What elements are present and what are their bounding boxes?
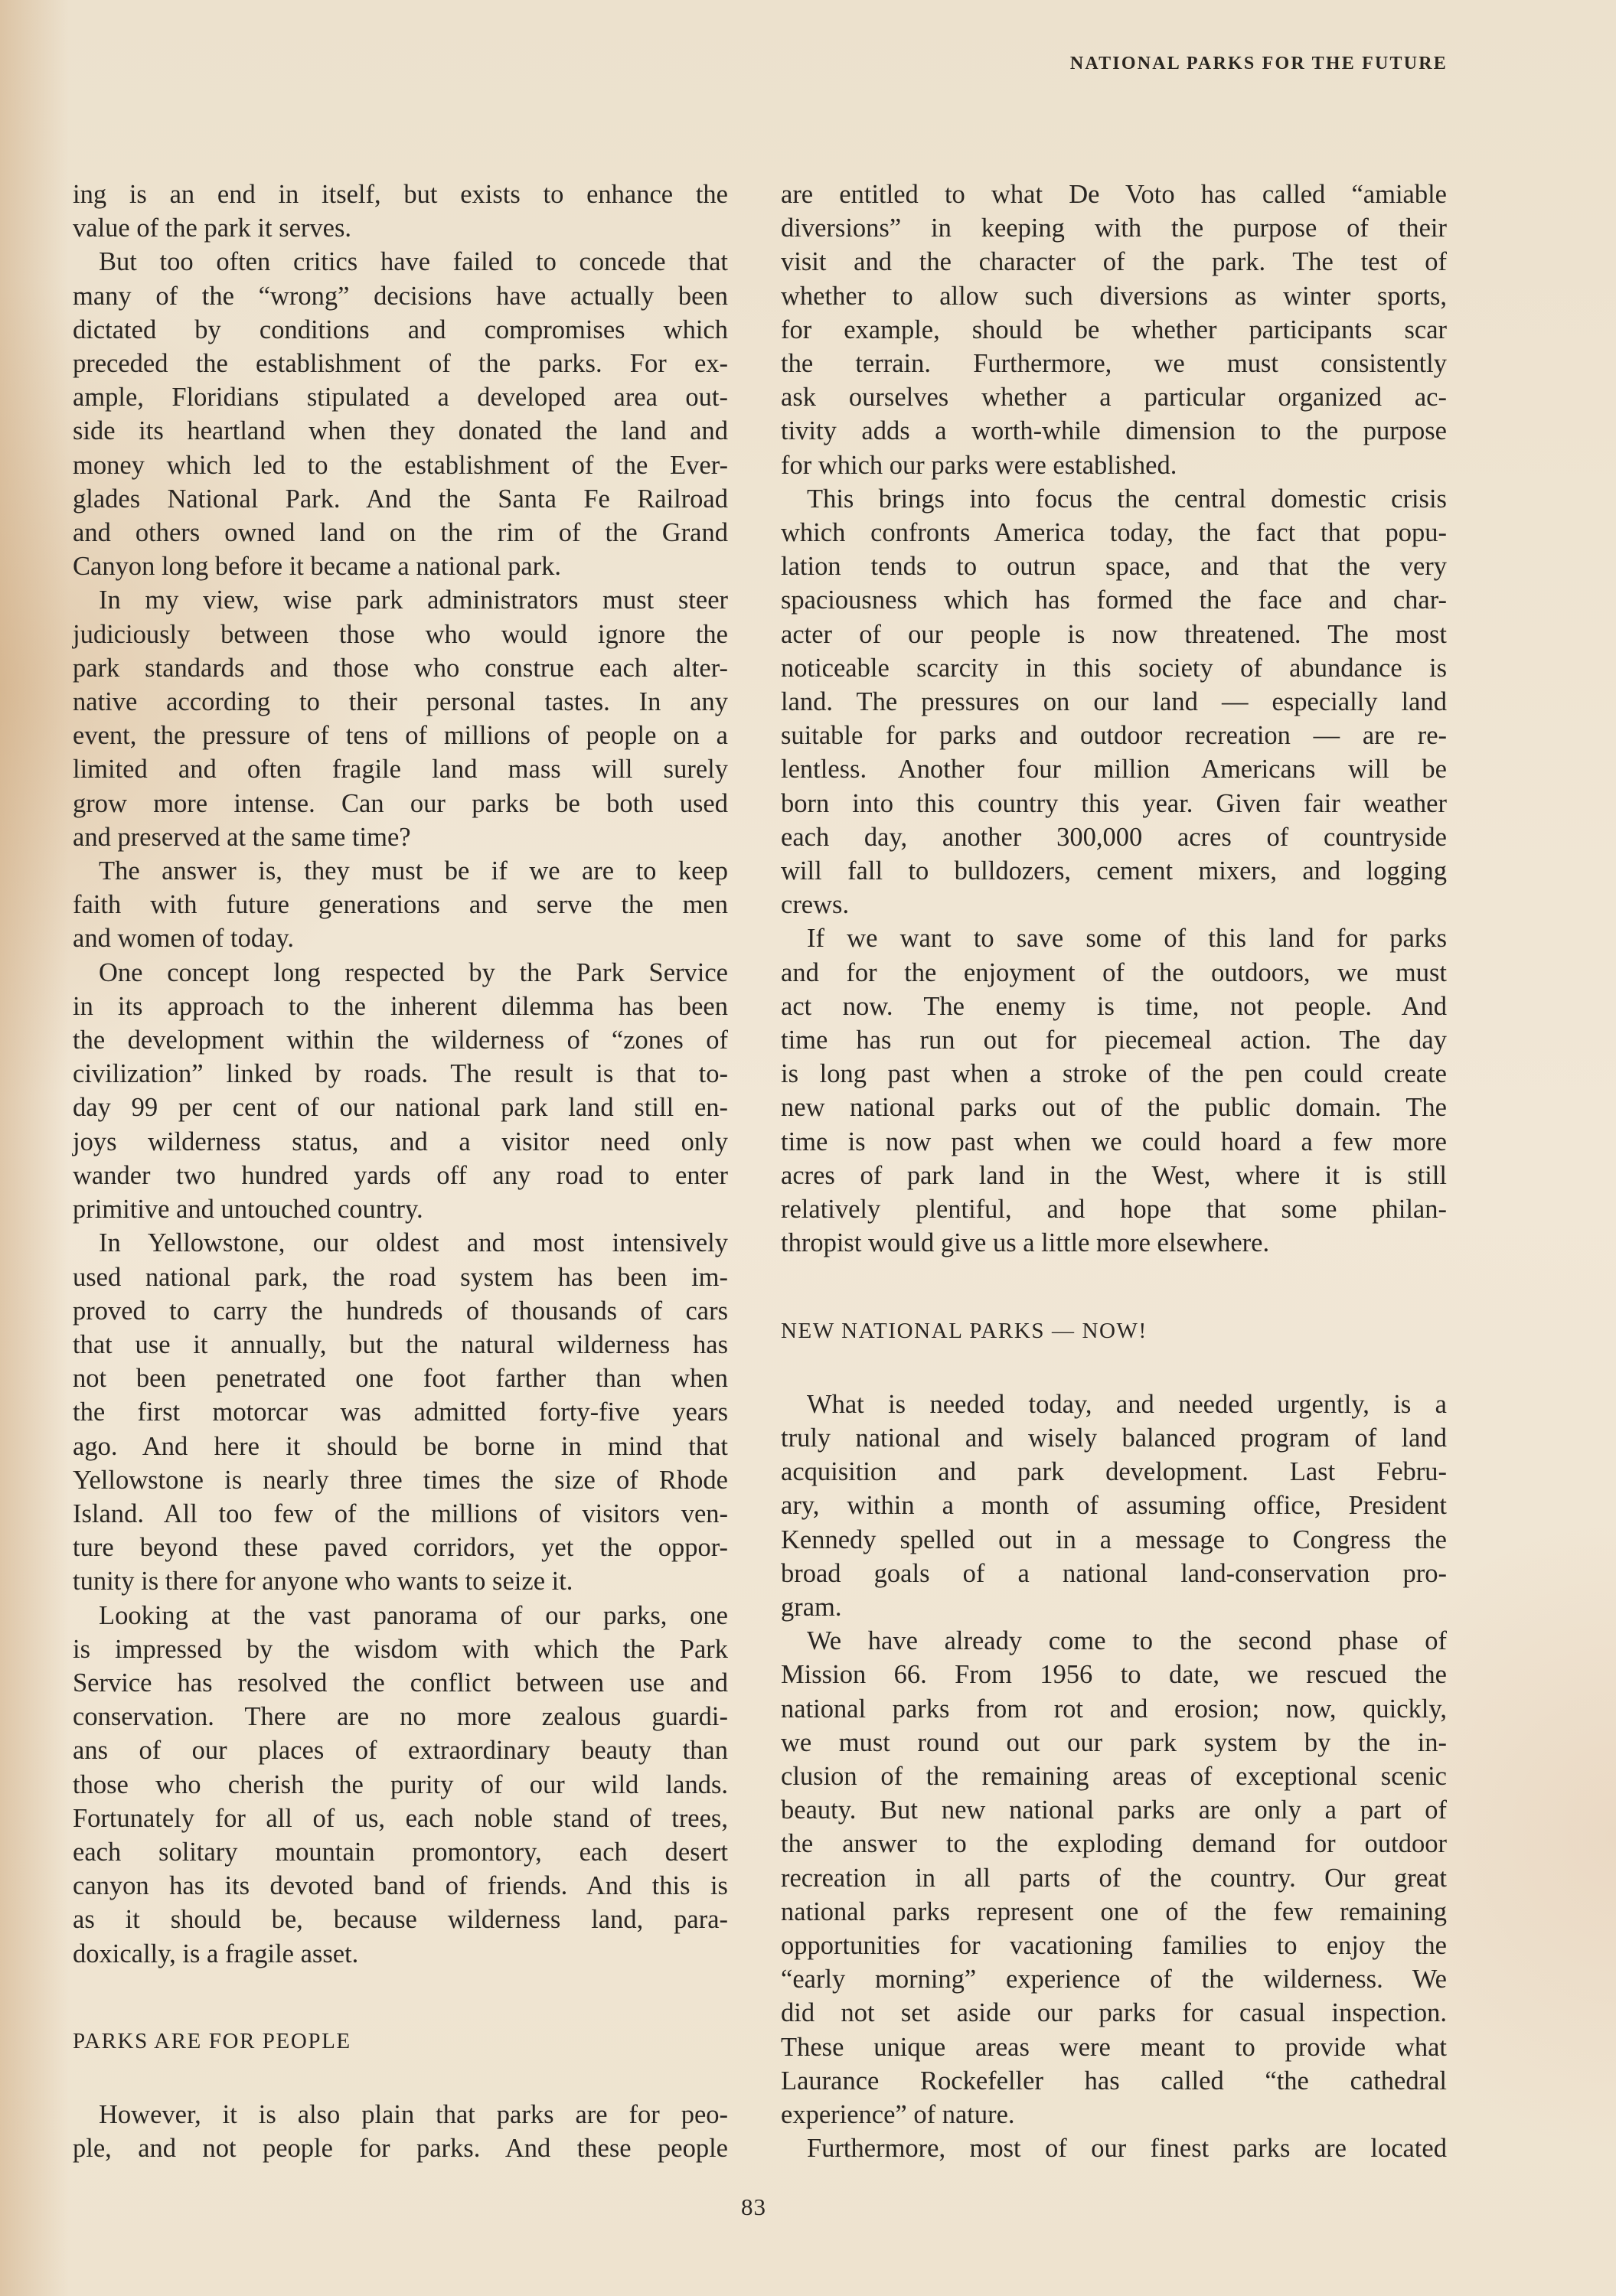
text-line: beauty. But new national parks are only … [781, 1793, 1447, 1827]
text-line: and others owned land on the rim of the … [73, 516, 728, 550]
text-line: the first motorcar was admitted forty-fi… [73, 1395, 728, 1429]
text-line: tivity adds a worth-while dimension to t… [781, 414, 1447, 448]
text-line: However, it is also plain that parks are… [73, 2098, 728, 2131]
text-line: ample, Floridians stipulated a developed… [73, 380, 728, 414]
text-line: and for the enjoyment of the outdoors, w… [781, 956, 1447, 990]
text-line: canyon has its devoted band of friends. … [73, 1869, 728, 1903]
paragraph: In Yellowstone, our oldest and most inte… [73, 1226, 728, 1598]
text-line: ans of our places of extraordinary beaut… [73, 1733, 728, 1767]
text-line: joys wilderness status, and a visitor ne… [73, 1125, 728, 1159]
text-line: time is now past when we could hoard a f… [781, 1125, 1447, 1159]
paragraph: However, it is also plain that parks are… [73, 2098, 728, 2165]
text-line: If we want to save some of this land for… [781, 921, 1447, 955]
text-line: dictated by conditions and compromises w… [73, 313, 728, 347]
text-line: land. The pressures on our land — especi… [781, 685, 1447, 719]
text-line: national parks from rot and erosion; now… [781, 1692, 1447, 1726]
text-line: acter of our people is now threatened. T… [781, 618, 1447, 651]
text-line: preceded the establishment of the parks.… [73, 347, 728, 380]
text-line: time has run out for piecemeal action. T… [781, 1023, 1447, 1057]
text-line: Fortunately for all of us, each noble st… [73, 1802, 728, 1835]
text-line: which confronts America today, the fact … [781, 516, 1447, 550]
right-column-after-heading: What is needed today, and needed urgentl… [781, 1388, 1447, 2166]
text-line: the development within the wilderness of… [73, 1023, 728, 1057]
text-line: crews. [781, 888, 1447, 921]
text-line: for example, should be whether participa… [781, 313, 1447, 347]
paragraph: are entitled to what De Voto has called … [781, 178, 1447, 482]
text-line: Island. All too few of the millions of v… [73, 1497, 728, 1531]
text-line: each solitary mountain promontory, each … [73, 1835, 728, 1869]
text-line: Canyon long before it became a national … [73, 550, 728, 583]
text-line: those who cherish the purity of our wild… [73, 1768, 728, 1802]
text-line: judiciously between those who would igno… [73, 618, 728, 651]
text-line: Service has resolved the conflict betwee… [73, 1666, 728, 1700]
text-line: ing is an end in itself, but exists to e… [73, 178, 728, 211]
text-line: The answer is, they must be if we are to… [73, 854, 728, 888]
text-line: day 99 per cent of our national park lan… [73, 1091, 728, 1124]
text-line: as it should be, because wilderness land… [73, 1903, 728, 1936]
paragraph: In my view, wise park administrators mus… [73, 583, 728, 854]
text-line: limited and often fragile land mass will… [73, 752, 728, 786]
text-line: In my view, wise park administrators mus… [73, 583, 728, 617]
text-line: national parks represent one of the few … [781, 1895, 1447, 1929]
text-line: proved to carry the hundreds of thousand… [73, 1294, 728, 1328]
text-line: conservation. There are no more zealous … [73, 1700, 728, 1733]
text-line: ple, and not people for parks. And these… [73, 2131, 728, 2165]
paragraph: Looking at the vast panorama of our park… [73, 1599, 728, 1971]
text-line: for which our parks were established. [781, 448, 1447, 482]
text-line: many of the “wrong” decisions have actua… [73, 279, 728, 313]
text-line: We have already come to the second phase… [781, 1624, 1447, 1658]
text-line: native according to their personal taste… [73, 685, 728, 719]
text-line: money which led to the establishment of … [73, 448, 728, 482]
right-column: are entitled to what De Voto has called … [781, 178, 1447, 2165]
text-line: born into this country this year. Given … [781, 787, 1447, 820]
text-line: and preserved at the same time? [73, 820, 728, 854]
text-line: act now. The enemy is time, not people. … [781, 990, 1447, 1023]
text-line: the answer to the exploding demand for o… [781, 1827, 1447, 1861]
text-line: acres of park land in the West, where it… [781, 1159, 1447, 1192]
text-line: ago. And here it should be borne in mind… [73, 1430, 728, 1463]
text-line: lation tends to outrun space, and that t… [781, 550, 1447, 583]
text-line: suitable for parks and outdoor recreatio… [781, 719, 1447, 752]
text-line: grow more intense. Can our parks be both… [73, 787, 728, 820]
text-line: diversions” in keeping with the purpose … [781, 211, 1447, 245]
text-line: side its heartland when they donated the… [73, 414, 728, 448]
text-line: relatively plentiful, and hope that some… [781, 1192, 1447, 1226]
text-line: These unique areas were meant to provide… [781, 2030, 1447, 2064]
page-edge-shading [0, 0, 69, 2296]
left-column: ing is an end in itself, but exists to e… [73, 178, 728, 2165]
text-line: civilization” linked by roads. The resul… [73, 1057, 728, 1091]
right-column-body: are entitled to what De Voto has called … [781, 178, 1447, 1261]
paragraph: But too often critics have failed to con… [73, 245, 728, 583]
text-line: that use it annually, but the natural wi… [73, 1328, 728, 1362]
section-heading-new-national-parks: NEW NATIONAL PARKS — NOW! [781, 1314, 1447, 1348]
text-line: new national parks out of the public dom… [781, 1091, 1447, 1124]
paragraph: If we want to save some of this land for… [781, 921, 1447, 1260]
text-line: and women of today. [73, 921, 728, 955]
text-line: wander two hundred yards off any road to… [73, 1159, 728, 1192]
text-line: thropist would give us a little more els… [781, 1226, 1447, 1260]
text-line: whether to allow such diversions as wint… [781, 279, 1447, 313]
text-line: tunity is there for anyone who wants to … [73, 1564, 728, 1598]
text-line: ary, within a month of assuming office, … [781, 1489, 1447, 1522]
paragraph: Furthermore, most of our finest parks ar… [781, 2131, 1447, 2165]
text-line: This brings into focus the central domes… [781, 482, 1447, 516]
text-line: used national park, the road system has … [73, 1261, 728, 1294]
text-line: did not set aside our parks for casual i… [781, 1996, 1447, 2030]
text-line: recreation in all parts of the country. … [781, 1861, 1447, 1895]
text-line: experience” of nature. [781, 2098, 1447, 2131]
text-line: acquisition and park development. Last F… [781, 1455, 1447, 1489]
text-line: spaciousness which has formed the face a… [781, 583, 1447, 617]
paragraph: The answer is, they must be if we are to… [73, 854, 728, 956]
paragraph: We have already come to the second phase… [781, 1624, 1447, 2131]
text-line: glades National Park. And the Santa Fe R… [73, 482, 728, 516]
paragraph: This brings into focus the central domes… [781, 482, 1447, 922]
text-line: are entitled to what De Voto has called … [781, 178, 1447, 211]
text-line: ture beyond these paved corridors, yet t… [73, 1531, 728, 1564]
running-header: NATIONAL PARKS FOR THE FUTURE [1070, 54, 1448, 74]
text-line: truly national and wisely balanced progr… [781, 1421, 1447, 1455]
text-line: opportunities for vacationing families t… [781, 1929, 1447, 1962]
text-line: will fall to bulldozers, cement mixers, … [781, 854, 1447, 888]
text-line: doxically, is a fragile asset. [73, 1937, 728, 1971]
text-line: is impressed by the wisdom with which th… [73, 1632, 728, 1666]
text-line: broad goals of a national land-conservat… [781, 1557, 1447, 1590]
text-line: in its approach to the inherent dilemma … [73, 990, 728, 1023]
text-line: lentless. Another four million Americans… [781, 752, 1447, 786]
left-column-body: ing is an end in itself, but exists to e… [73, 178, 728, 1971]
section-heading-parks-are-for-people: PARKS ARE FOR PEOPLE [73, 2024, 728, 2058]
text-line: we must round out our park system by the… [781, 1726, 1447, 1760]
text-line: gram. [781, 1590, 1447, 1624]
text-line: “early morning” experience of the wilder… [781, 1962, 1447, 1996]
text-line: Yellowstone is nearly three times the si… [73, 1463, 728, 1497]
left-column-after-heading: However, it is also plain that parks are… [73, 2098, 728, 2165]
paragraph: ing is an end in itself, but exists to e… [73, 178, 728, 245]
text-line: each day, another 300,000 acres of count… [781, 820, 1447, 854]
text-line: visit and the character of the park. The… [781, 245, 1447, 279]
text-line: Furthermore, most of our finest parks ar… [781, 2131, 1447, 2165]
text-line: not been penetrated one foot farther tha… [73, 1362, 728, 1395]
text-line: event, the pressure of tens of millions … [73, 719, 728, 752]
text-line: is long past when a stroke of the pen co… [781, 1057, 1447, 1091]
text-line: One concept long respected by the Park S… [73, 956, 728, 990]
text-line: primitive and untouched country. [73, 1192, 728, 1226]
text-line: faith with future generations and serve … [73, 888, 728, 921]
paragraph: One concept long respected by the Park S… [73, 956, 728, 1227]
text-line: Laurance Rockefeller has called “the cat… [781, 2064, 1447, 2098]
text-line: value of the park it serves. [73, 211, 728, 245]
text-line: the terrain. Furthermore, we must consis… [781, 347, 1447, 380]
text-line: Mission 66. From 1956 to date, we rescue… [781, 1658, 1447, 1691]
text-line: noticeable scarcity in this society of a… [781, 651, 1447, 685]
text-line: What is needed today, and needed urgentl… [781, 1388, 1447, 1421]
text-line: Looking at the vast panorama of our park… [73, 1599, 728, 1632]
text-line: In Yellowstone, our oldest and most inte… [73, 1226, 728, 1260]
page-number: 83 [741, 2193, 766, 2221]
text-line: Kennedy spelled out in a message to Cong… [781, 1523, 1447, 1557]
text-line: park standards and those who construe ea… [73, 651, 728, 685]
text-line: ask ourselves whether a particular organ… [781, 380, 1447, 414]
paragraph: What is needed today, and needed urgentl… [781, 1388, 1447, 1624]
text-line: clusion of the remaining areas of except… [781, 1760, 1447, 1793]
text-line: But too often critics have failed to con… [73, 245, 728, 279]
